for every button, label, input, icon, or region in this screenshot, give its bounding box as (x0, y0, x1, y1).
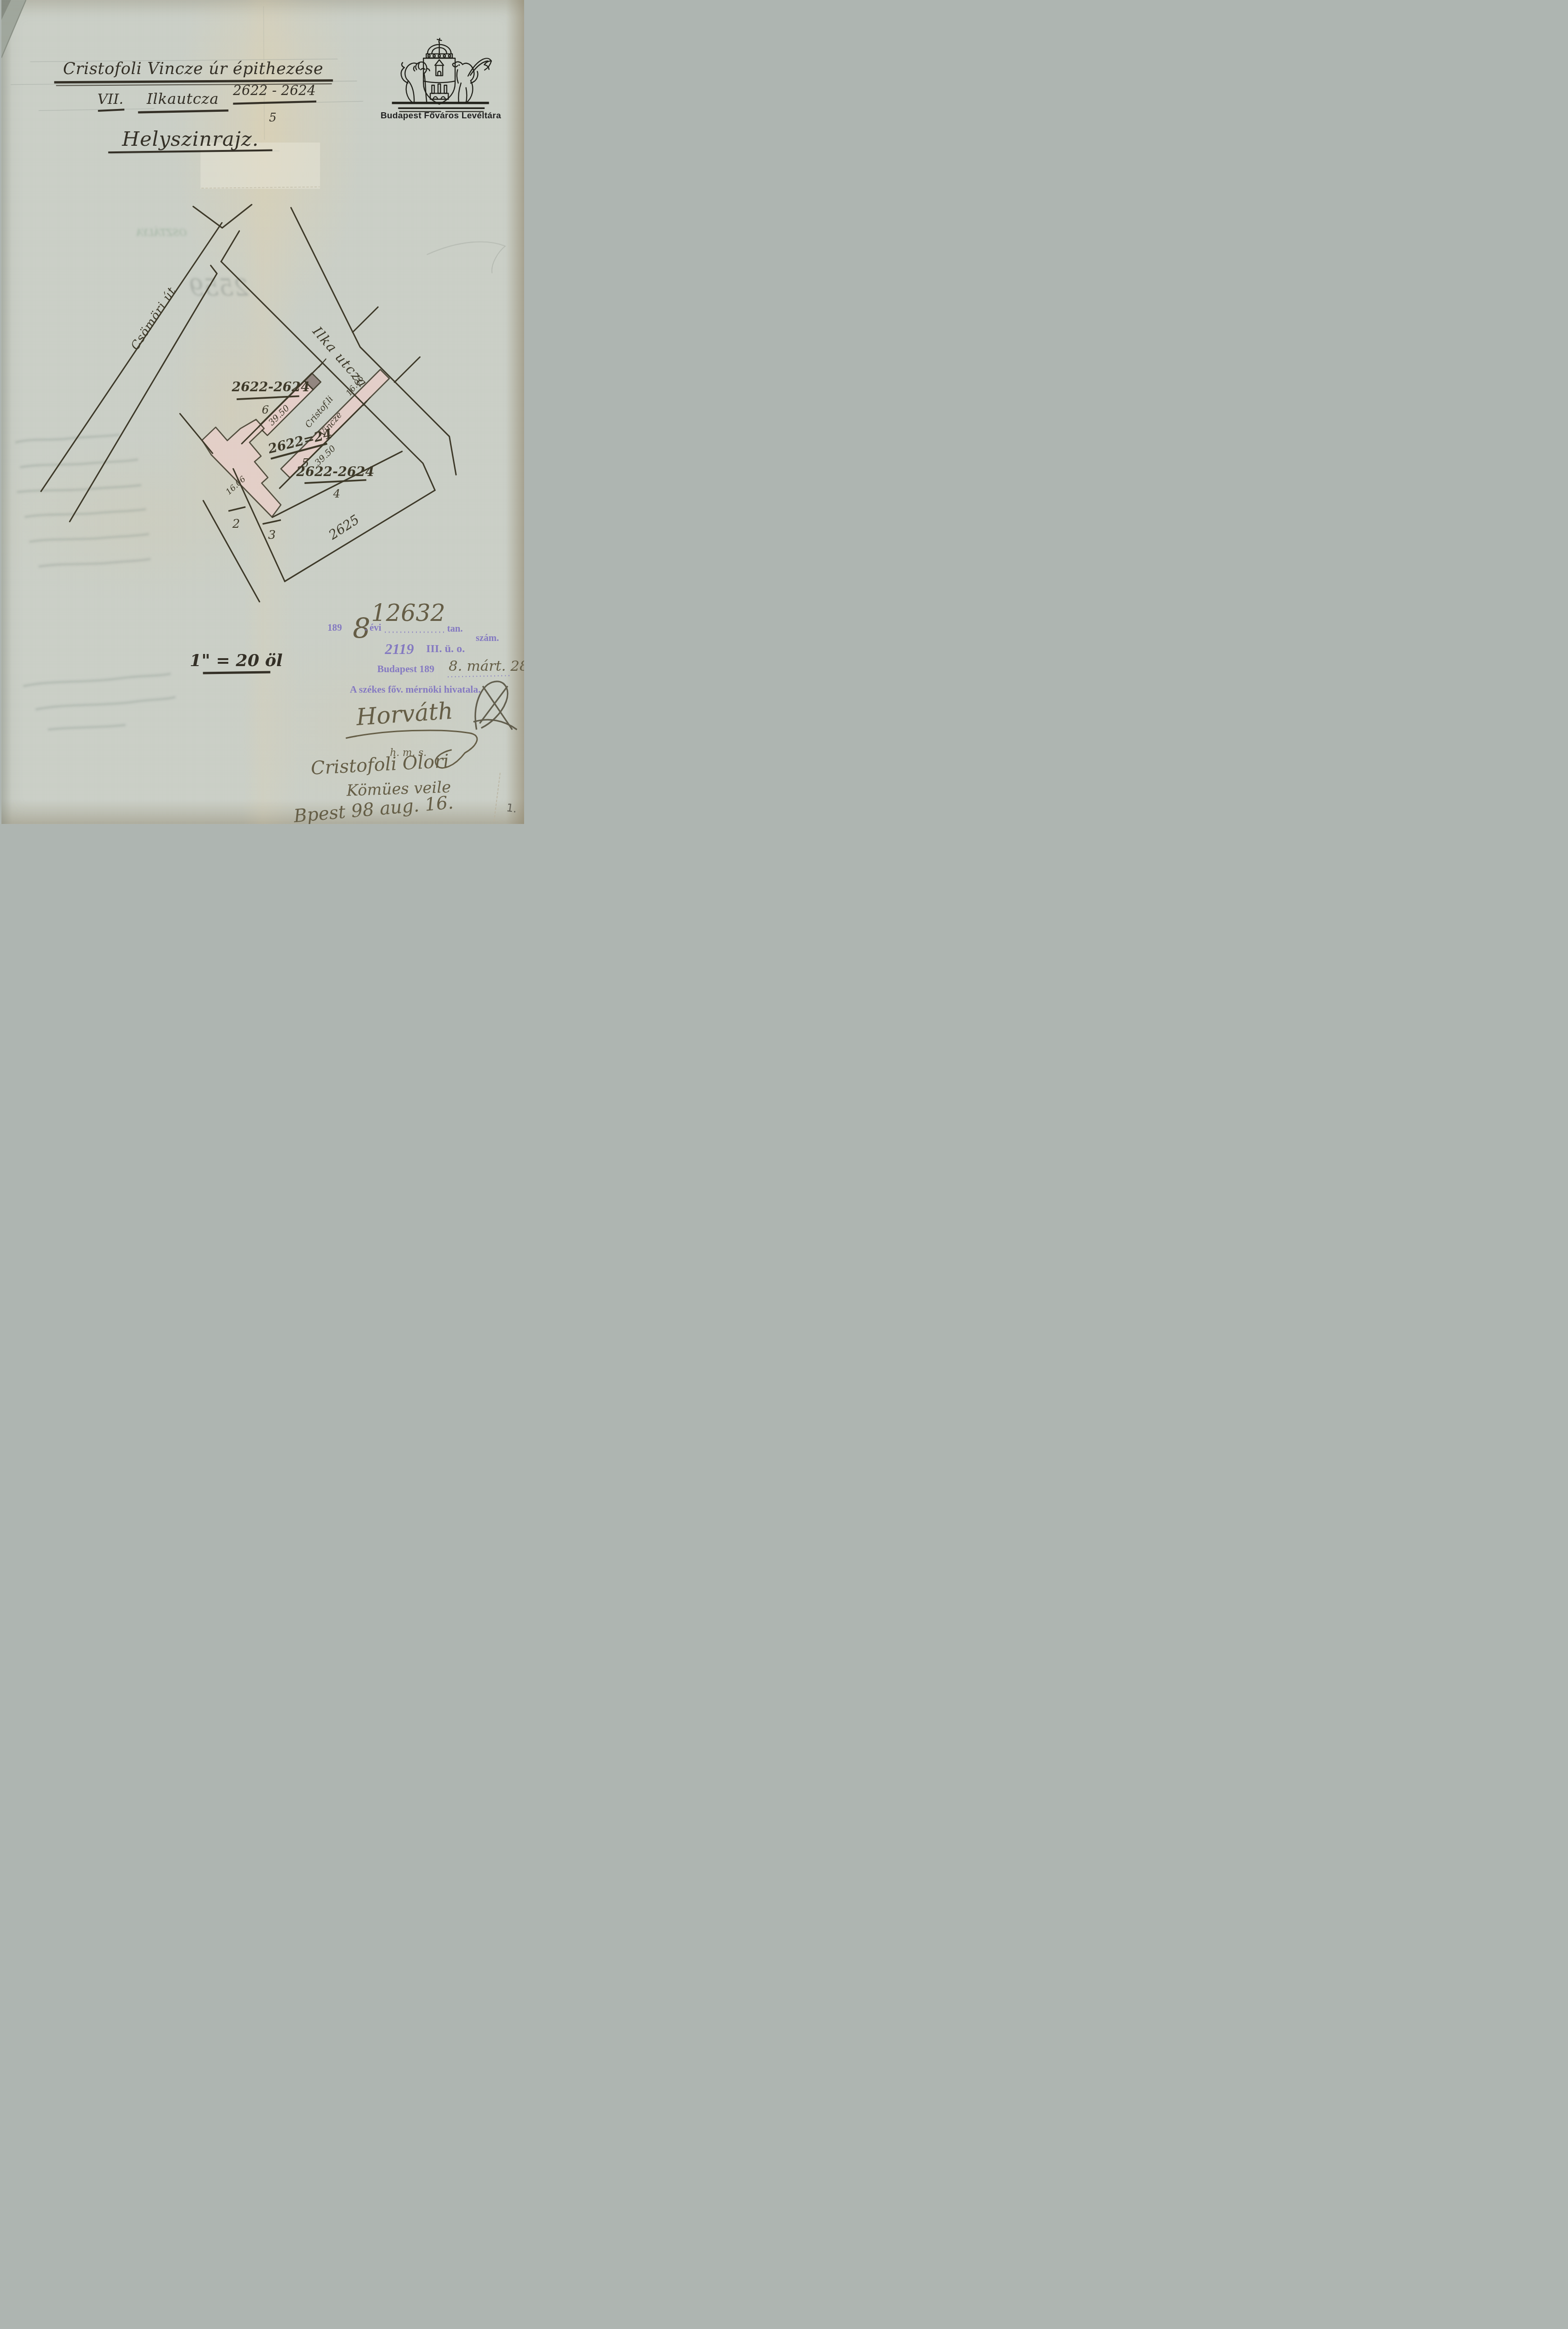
site-map: Csömöri út Ilka utcza 2622-2624 6 2622=2… (41, 204, 505, 602)
cross-street-stub-1 (353, 307, 378, 332)
stamp-tan: tan. (447, 624, 463, 634)
stitch-seam (494, 773, 500, 822)
page-corner-fold (1, 0, 26, 58)
street-fork-arrow (193, 204, 252, 228)
fork-cap-line (221, 231, 239, 262)
scanned-site-plan-page: 2559 OSZTÁLYA Cristofoli Vincze úr épith… (1, 0, 524, 824)
scale-note: 1" = 20 öl (190, 651, 282, 673)
plan-canvas: 2559 OSZTÁLYA Cristofoli Vincze úr épith… (1, 0, 524, 824)
signature-block: Horváth h. m. s. Cristofoli Olori Kömües… (293, 681, 517, 824)
party-signature-line1: Cristofoli Olori (310, 751, 450, 779)
plot3-label: 3 (268, 528, 276, 542)
hand-register-number: 12632 (371, 599, 445, 627)
csomori-lower-edge (70, 266, 217, 522)
cross-street-stub-2 (395, 357, 420, 382)
ghost-parcel-number: 2559 (189, 274, 249, 301)
street-label-csomori: Csömöri út (128, 284, 179, 352)
plot4-lot: 2622-2624 (296, 464, 374, 479)
page-number: 1. (505, 801, 518, 816)
title-district: VII. (97, 91, 123, 108)
title-block: Cristofoli Vincze úr épithezése VII. Ilk… (54, 60, 333, 152)
pencil-sketch-line (427, 242, 505, 273)
hand-file-number: 2119 (384, 640, 414, 657)
title-lot-number: 2622 - 2624 (232, 82, 316, 98)
plot6-lot: 2622-2624 (232, 379, 310, 395)
boundary-wedge-2 (203, 501, 259, 602)
registration-block: 189 8 . évi 12632 tan. szám. 2119 III. ü… (327, 599, 524, 695)
stamp-department: III. ü. o. (426, 643, 465, 655)
plot2-label: 2 (232, 517, 240, 531)
stamp-city-year: Budapest 189 (377, 663, 435, 674)
title-street: Ilkautcza (146, 90, 219, 108)
stamp-szam: szám. (476, 633, 499, 643)
archive-name: Budapest Főváros Levéltára (381, 110, 501, 120)
stamp-office: A székes főv. mérnöki hivatala. (350, 684, 481, 695)
title-lot-subnumber: 5 (269, 110, 277, 124)
ghost-stamp-text: OSZTÁLYA (136, 227, 187, 238)
csomori-upper-edge (41, 223, 222, 491)
boundary-2625-se (285, 490, 435, 581)
title-line3: Helyszinrajz. (122, 128, 259, 151)
coat-of-arms-icon (392, 38, 491, 111)
block-sw-boundary (180, 414, 212, 453)
plot6-sub: 6 (262, 403, 269, 416)
title-line1: Cristofoli Vincze úr épithezése (63, 60, 323, 78)
scale-text: 1" = 20 öl (190, 651, 282, 670)
archive-mark: Budapest Főváros Levéltára (381, 38, 501, 120)
plot4-sub: 4 (333, 487, 340, 500)
hand-date: 8. márt. 28 (449, 658, 524, 674)
engineer-signature: Horváth (355, 697, 454, 731)
stamp-year-prefix: 189 (327, 623, 342, 633)
